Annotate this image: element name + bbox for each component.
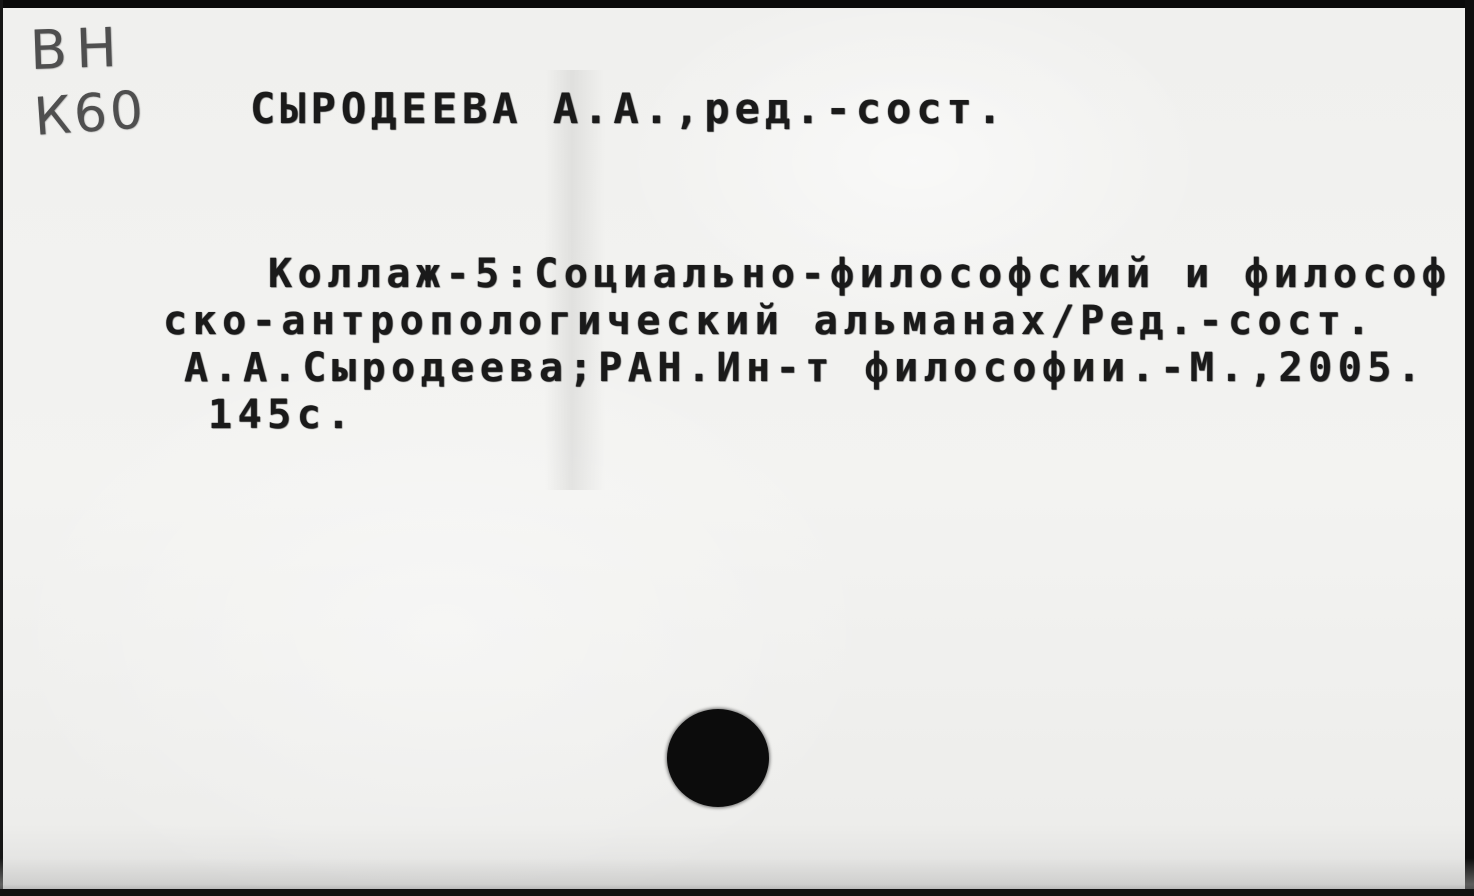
bibliographic-entry-line-1: Коллаж-5:Социально-философский и философ [268,251,1451,297]
bibliographic-entry-line-3: А.А.Сыродеева;РАН.Ин-т философии.-М.,200… [184,345,1426,391]
editor-heading: СЫРОДЕЕВА А.А.,ред.-сост. [250,84,1007,133]
scan-edge-right [1465,0,1474,896]
black-dot-mark [667,709,769,807]
scan-edge-bottom [0,889,1474,896]
scan-edge-top [0,0,1474,8]
call-number: ВН К60 [30,22,146,140]
catalog-card: ВН К60 СЫРОДЕЕВА А.А.,ред.-сост. Коллаж-… [0,0,1474,896]
scan-edge-left [0,0,3,896]
call-number-author-mark: К60 [32,84,147,144]
call-number-section: ВН [29,20,147,78]
bibliographic-entry-line-2: ско-антропологический альманах/Ред.-сост… [163,298,1376,344]
page-count-line: 145с. [208,392,356,438]
card-bottom-shading [0,858,1474,889]
